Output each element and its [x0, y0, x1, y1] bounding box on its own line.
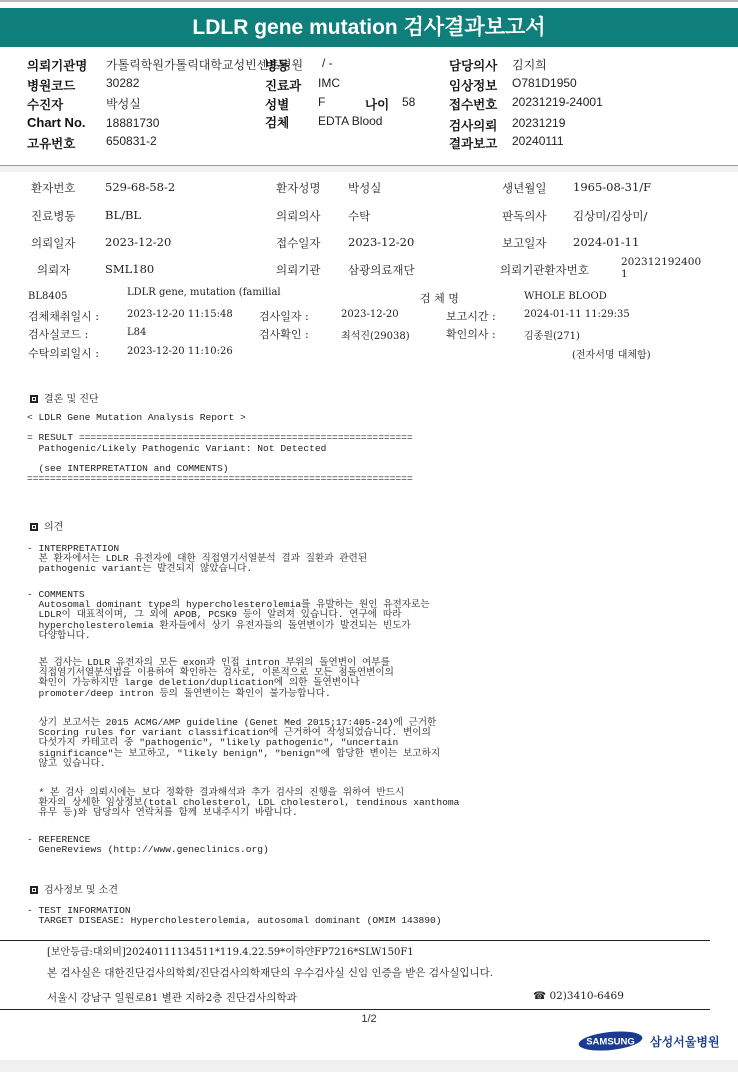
specimen-name-value: WHOLE BLOOD — [524, 291, 607, 302]
comments-text-1: - COMMENTS Autosomal dominant type의 hype… — [27, 590, 430, 641]
collect-value: 2023-12-20 11:15:48 — [127, 309, 233, 320]
req-inst-patno-label: 의뢰기관환자번호 — [500, 262, 589, 278]
dept-value: IMC — [318, 76, 340, 90]
req-date-label: 의뢰일자 — [31, 235, 75, 251]
doctor-value: 김지희 — [512, 56, 547, 73]
reading-doctor-label: 판독의사 — [502, 208, 546, 224]
patient-name-value: 박성실 — [348, 180, 381, 196]
phone: ☎ 02)3410-6469 — [533, 990, 624, 1002]
reference-text: - REFERENCE GeneReviews (http://www.gene… — [27, 835, 269, 855]
hospital-code-label: 병원코드 — [27, 76, 75, 94]
req-inst-value: 삼광의료재단 — [348, 262, 415, 278]
hospital-code-value: 30282 — [106, 76, 139, 90]
requester-label: 의뢰자 — [37, 262, 70, 278]
request-value: 20231219 — [512, 116, 565, 130]
square-bullet-icon — [30, 395, 38, 403]
report-label: 결과보고 — [449, 134, 497, 152]
clinical-label: 임상정보 — [449, 76, 497, 94]
section-testinfo-title: 검사정보 및 소견 — [30, 881, 118, 896]
reading-doctor-value: 김상미/김상미/ — [573, 208, 647, 224]
samsung-logo-icon: SAMSUNG — [578, 1030, 643, 1052]
top-border — [0, 0, 738, 2]
req-doctor-value: 수탁 — [348, 208, 370, 224]
test-date-label: 검사일자 : — [259, 308, 309, 324]
doctor-label: 담당의사 — [449, 56, 497, 74]
dept-label: 진료과 — [265, 76, 301, 94]
testinfo-text: - TEST INFORMATION TARGET DISEASE: Hyper… — [27, 906, 442, 926]
report-time-value: 2024-01-11 11:29:35 — [524, 309, 630, 320]
comments-text-3: 상기 보고서는 2015 ACMG/AMP guideline (Genet M… — [27, 718, 440, 769]
report-date-label: 보고일자 — [502, 235, 546, 251]
address-text: 서울시 강남구 일원로81 별관 지하2층 진단검사의학과 — [47, 990, 297, 1005]
institution-label: 의뢰기관명 — [27, 56, 87, 74]
interpretation-text: - INTERPRETATION 본 환자에서는 LDLR 유전자에 대한 직접… — [27, 544, 367, 575]
hospital-name: 삼성서울병원 — [650, 1033, 720, 1050]
req-doctor-label: 의뢰의사 — [276, 208, 320, 224]
examinee-value: 박성실 — [106, 95, 141, 112]
bottom-band — [0, 1060, 738, 1072]
age-label: 나이 — [365, 95, 389, 113]
verified-label: 검사확인 : — [259, 326, 309, 342]
lab-code-label: 검사실코드 : — [28, 326, 88, 342]
report-time-label: 보고시간 : — [446, 308, 496, 324]
outsourced-label: 수탁의뢰일시 : — [28, 345, 99, 361]
test-name: LDLR gene, mutation (familial — [127, 287, 281, 298]
phone-icon: ☎ — [533, 990, 546, 1002]
report-title: LDLR gene mutation 검사결과보고서 — [0, 8, 738, 47]
receipt-value: 20231219-24001 — [512, 95, 603, 109]
confirm-doctor-label: 확인의사 : — [446, 326, 496, 342]
report-value: 20240111 — [512, 134, 564, 148]
section-conclusion-title: 결론 및 진단 — [30, 390, 99, 405]
age-value: 58 — [402, 95, 415, 109]
esign-note: (전자서명 대체함) — [572, 346, 651, 361]
specimen-value: EDTA Blood — [318, 114, 382, 128]
ward-value: / - — [322, 56, 333, 70]
ward-label: 진료병동 — [31, 208, 75, 224]
opinion-title-text: 의견 — [44, 522, 63, 533]
req-inst-patno-value-cont: 1 — [621, 268, 628, 280]
chart-label: Chart No. — [27, 115, 86, 130]
testinfo-title-text: 검사정보 및 소견 — [44, 885, 118, 896]
patient-no-value: 529-68-58-2 — [105, 180, 175, 194]
receipt-date-label: 접수일자 — [276, 235, 320, 251]
lab-code-value: L84 — [127, 327, 146, 338]
phone-number: 02)3410-6469 — [549, 990, 623, 1002]
request-label: 검사의뢰 — [449, 116, 497, 134]
test-date-value: 2023-12-20 — [341, 309, 399, 320]
specimen-name-label: 검 체 명 — [420, 290, 459, 306]
svg-text:SAMSUNG: SAMSUNG — [586, 1037, 635, 1048]
dob-value: 1965-08-31/F — [573, 180, 651, 194]
conclusion-text: < LDLR Gene Mutation Analysis Report > =… — [27, 413, 413, 484]
req-inst-patno-value: 202312192400 — [621, 256, 701, 268]
examinee-label: 수진자 — [27, 95, 63, 113]
clinical-value: O781D1950 — [512, 76, 577, 90]
sex-label: 성별 — [265, 95, 289, 113]
outsourced-value: 2023-12-20 11:10:26 — [127, 346, 233, 357]
test-code: BL8405 — [28, 291, 67, 302]
specimen-label: 검체 — [265, 113, 289, 131]
comments-text-4: * 본 검사 의뢰시에는 보다 정확한 결과해석과 추가 검사의 진행을 위하여… — [27, 788, 459, 819]
chart-value: 18881730 — [106, 116, 159, 130]
header-band — [0, 166, 738, 172]
req-date-value: 2023-12-20 — [105, 235, 171, 249]
patient-no-label: 환자번호 — [31, 180, 75, 196]
confirm-doctor-value: 김종원(271) — [524, 327, 580, 342]
security-line: [보안등급:대외비]20240111134511*119.4.22.59*이하얀… — [47, 943, 414, 958]
ward-label: 병동 — [265, 56, 289, 74]
footer-divider-top — [0, 940, 710, 941]
receipt-label: 접수번호 — [449, 95, 497, 113]
footer-divider-bottom — [0, 1009, 710, 1010]
unique-value: 650831-2 — [106, 134, 157, 148]
collect-label: 검체채취일시 : — [28, 308, 99, 324]
unique-label: 고유번호 — [27, 134, 75, 152]
section-opinion-title: 의견 — [30, 518, 63, 533]
conclusion-title-text: 결론 및 진단 — [44, 394, 99, 405]
square-bullet-icon — [30, 523, 38, 531]
square-bullet-icon — [30, 886, 38, 894]
patient-name-label: 환자성명 — [276, 180, 320, 196]
verified-value: 최석진(29038) — [341, 327, 410, 342]
req-inst-label: 의뢰기관 — [276, 262, 320, 278]
ward-value: BL/BL — [105, 208, 141, 222]
requester-value: SML180 — [105, 262, 154, 276]
sex-value: F — [318, 95, 325, 109]
page-number: 1/2 — [0, 1013, 738, 1025]
receipt-date-value: 2023-12-20 — [348, 235, 414, 249]
certification-text: 본 검사실은 대한진단검사의학회/진단검사의학재단의 우수검사실 신임 인증을 … — [47, 965, 493, 980]
comments-text-2: 본 검사는 LDLR 유전자의 모든 exon과 인접 intron 부위의 돌… — [27, 658, 394, 699]
dob-label: 생년월일 — [502, 180, 546, 196]
report-date-value: 2024-01-11 — [573, 235, 639, 249]
